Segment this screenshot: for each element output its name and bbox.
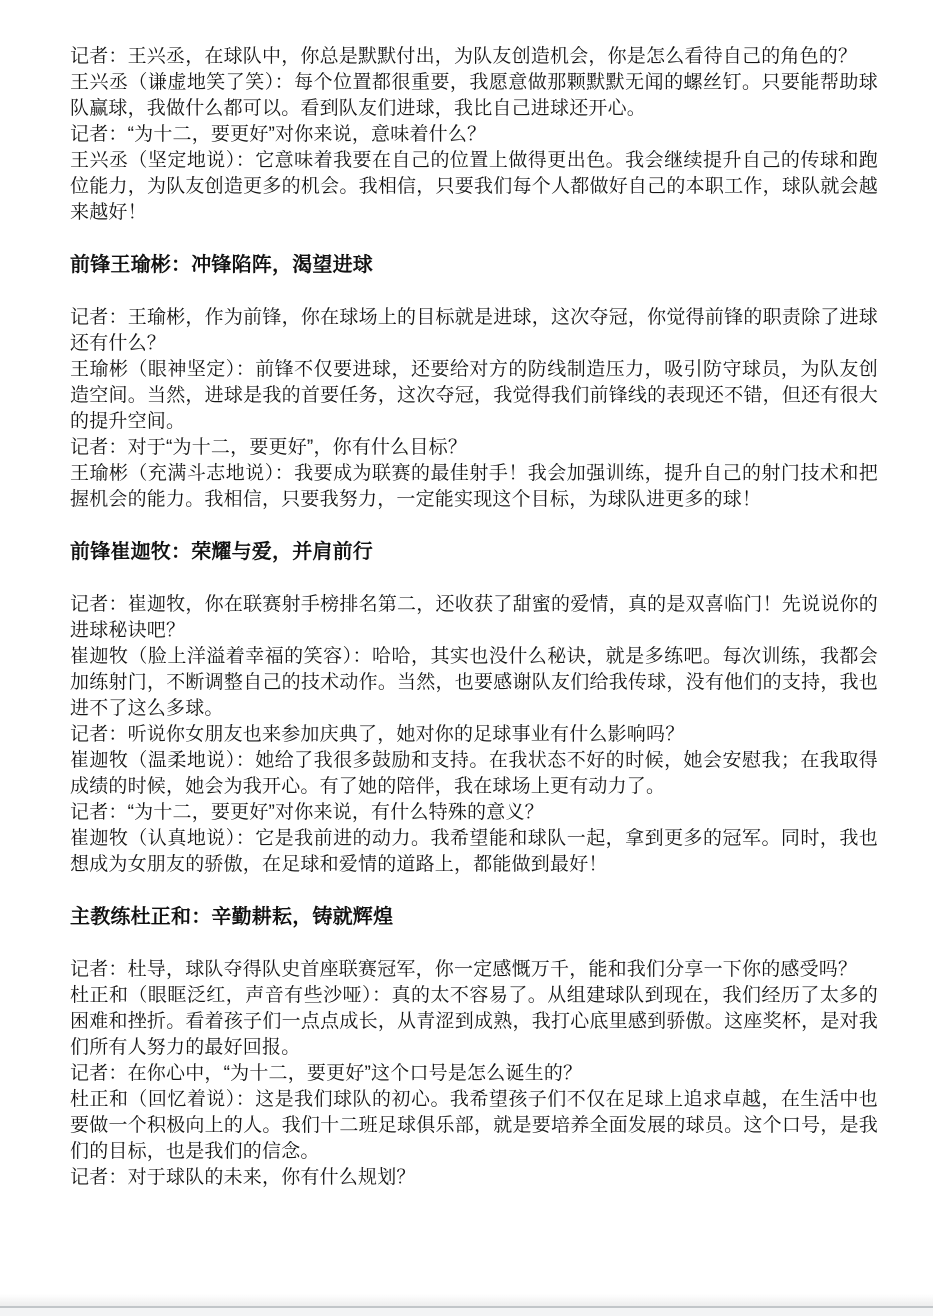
section-heading: 前锋崔迦牧：荣耀与爱，并肩前行 — [70, 539, 878, 566]
paragraph: 王瑜彬（充满斗志地说）：我要成为联赛的最佳射手！我会加强训练，提升自己的射门技术… — [70, 461, 878, 513]
section-interview-wang-xingcheng: 记者：王兴丞，在球队中，你总是默默付出，为队友创造机会，你是怎么看待自己的角色的… — [70, 44, 878, 226]
section-interview-wang-yubin: 前锋王瑜彬：冲锋陷阵，渴望进球 记者：王瑜彬，作为前锋，你在球场上的目标就是进球… — [70, 252, 878, 513]
paragraph: 杜正和（回忆着说）：这是我们球队的初心。我希望孩子们不仅在足球上追求卓越，在生活… — [70, 1087, 878, 1165]
section-heading: 主教练杜正和：辛勤耕耘，铸就辉煌 — [70, 904, 878, 931]
section-interview-du-zhenghe: 主教练杜正和：辛勤耕耘，铸就辉煌 记者：杜导，球队夺得队史首座联赛冠军，你一定感… — [70, 904, 878, 1191]
paragraph: 记者：“为十二，要更好”对你来说，意味着什么？ — [70, 122, 878, 148]
paragraph: 记者：对于球队的未来，你有什么规划？ — [70, 1165, 878, 1191]
paragraph: 记者：崔迦牧，你在联赛射手榜排名第二，还收获了甜蜜的爱情，真的是双喜临门！先说说… — [70, 592, 878, 644]
page-bottom-shadow — [0, 1294, 933, 1306]
paragraph: 崔迦牧（温柔地说）：她给了我很多鼓励和支持。在我状态不好的时候，她会安慰我；在我… — [70, 748, 878, 800]
paragraph: 记者：“为十二，要更好”对你来说，有什么特殊的意义？ — [70, 800, 878, 826]
paragraph: 王兴丞（谦虚地笑了笑）：每个位置都很重要，我愿意做那颗默默无闻的螺丝钉。只要能帮… — [70, 70, 878, 122]
paragraph: 王瑜彬（眼神坚定）：前锋不仅要进球，还要给对方的防线制造压力，吸引防守球员，为队… — [70, 357, 878, 435]
page-gap — [0, 1308, 933, 1316]
paragraph: 王兴丞（坚定地说）：它意味着我要在自己的位置上做得更出色。我会继续提升自己的传球… — [70, 148, 878, 226]
paragraph: 记者：听说你女朋友也来参加庆典了，她对你的足球事业有什么影响吗？ — [70, 722, 878, 748]
paragraph: 记者：对于“为十二，要更好”，你有什么目标？ — [70, 435, 878, 461]
section-interview-cui-jiamu: 前锋崔迦牧：荣耀与爱，并肩前行 记者：崔迦牧，你在联赛射手榜排名第二，还收获了甜… — [70, 539, 878, 878]
paragraph: 记者：在你心中，“为十二，要更好”这个口号是怎么诞生的？ — [70, 1061, 878, 1087]
paragraph: 记者：王瑜彬，作为前锋，你在球场上的目标就是进球，这次夺冠，你觉得前锋的职责除了… — [70, 305, 878, 357]
paragraph: 杜正和（眼眶泛红，声音有些沙哑）：真的太不容易了。从组建球队到现在，我们经历了太… — [70, 983, 878, 1061]
section-heading: 前锋王瑜彬：冲锋陷阵，渴望进球 — [70, 252, 878, 279]
paragraph: 记者：王兴丞，在球队中，你总是默默付出，为队友创造机会，你是怎么看待自己的角色的… — [70, 44, 878, 70]
paragraph: 记者：杜导，球队夺得队史首座联赛冠军，你一定感慨万千，能和我们分享一下你的感受吗… — [70, 957, 878, 983]
paragraph: 崔迦牧（认真地说）：它是我前进的动力。我希望能和球队一起，拿到更多的冠军。同时，… — [70, 826, 878, 878]
document-content: 记者：王兴丞，在球队中，你总是默默付出，为队友创造机会，你是怎么看待自己的角色的… — [70, 44, 878, 1191]
document-page: 记者：王兴丞，在球队中，你总是默默付出，为队友创造机会，你是怎么看待自己的角色的… — [0, 0, 933, 1316]
paragraph: 崔迦牧（脸上洋溢着幸福的笑容）：哈哈，其实也没什么秘诀，就是多练吧。每次训练，我… — [70, 644, 878, 722]
